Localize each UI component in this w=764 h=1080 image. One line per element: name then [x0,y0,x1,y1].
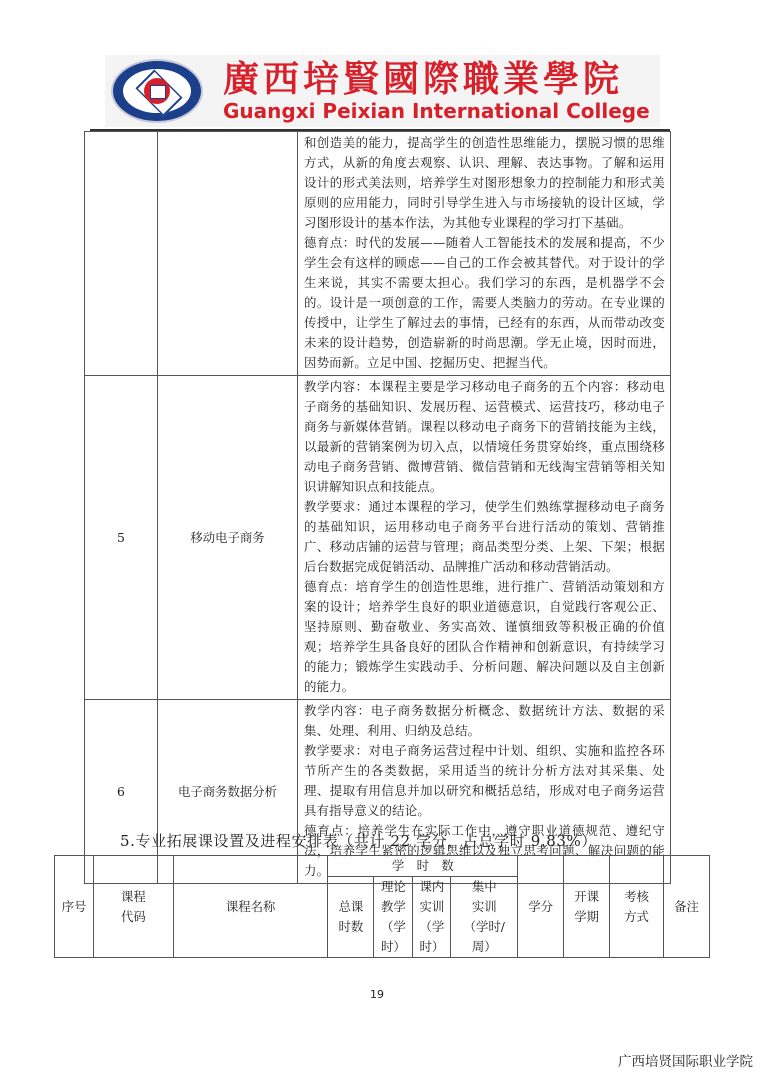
table-header-row: 序号 课程 代码 课程名称 学 时 数 学分 开课 学期 考核 方式 备注 [55,856,710,877]
header-line: 实训 [451,897,517,917]
header-line: 总课 [328,897,373,917]
header-intensive-training: 集中 实训 （学时/ 周） [451,877,518,958]
page-footer: 广西培贤国际职业学院 [618,1050,753,1070]
description-paragraph: 教学内容：电子商务数据分析概念、数据统计方法、数据的采集、处理、利用、归纳及总结… [304,701,665,741]
header-remark: 备注 [663,856,709,958]
header-seq: 序号 [55,856,94,958]
header-line: 教学 [374,897,412,917]
header-exam-line: 方式 [610,907,663,927]
header-line: （学 [413,917,450,937]
header-hours-group: 学 时 数 [328,856,518,877]
header-line: 理论 [374,877,412,897]
course-number: 5 [85,376,158,700]
header-exam-line: 考核 [610,887,663,907]
course-name: 移动电子商务 [158,376,298,700]
header-line: 集中 [451,877,517,897]
course-description: 和创造美的能力，提高学生的创造性思维能力，摆脱习惯的思维方式，从新的角度去观察、… [298,132,671,376]
header-line: 时） [374,937,412,957]
header-line: 实训 [413,897,450,917]
table-row: 5 移动电子商务 教学内容：本课程主要是学习移动电子商务的五个内容：移动电子商务… [85,376,671,700]
college-banner: 廣西培賢國際職業學院 Guangxi Peixian International… [105,55,660,127]
college-name-en: Guangxi Peixian International College [223,99,650,123]
description-paragraph: 教学内容：本课程主要是学习移动电子商务的五个内容：移动电子商务的基础知识、发展历… [304,377,665,497]
table-row: 和创造美的能力，提高学生的创造性思维能力，摆脱习惯的思维方式，从新的角度去观察、… [85,132,671,376]
header-line: 时） [413,937,450,957]
course-number [85,132,158,376]
header-exam: 考核 方式 [610,856,664,958]
header-line: 周） [451,937,517,957]
header-code-line: 代码 [94,907,173,927]
college-name-cn: 廣西培賢國際職業學院 [223,59,623,99]
header-term-line: 学期 [564,907,609,927]
course-description: 教学内容：本课程主要是学习移动电子商务的五个内容：移动电子商务的基础知识、发展历… [298,376,671,700]
header-line: （学时/ [451,917,517,937]
header-term: 开课 学期 [564,856,610,958]
header-line: 课内 [413,877,450,897]
header-line: 时数 [328,917,373,937]
schedule-table: 序号 课程 代码 课程名称 学 时 数 学分 开课 学期 考核 方式 备注 总课… [54,855,710,958]
description-paragraph: 教学要求：对电子商务运营过程中计划、组织、实施和监控各环节所产生的各类数据，采用… [304,741,665,821]
header-code: 课程 代码 [93,856,173,958]
header-credit: 学分 [518,856,564,958]
header-name: 课程名称 [173,856,328,958]
description-paragraph: 教学要求：通过本课程的学习，使学生们熟练掌握移动电子商务的基础知识，运用移动电子… [304,497,665,577]
description-paragraph: 德育点：时代的发展——随着人工智能技术的发展和提高，不少学生会有这样的顾虑——自… [304,233,665,373]
header-term-line: 开课 [564,887,609,907]
header-total-hours: 总课 时数 [328,877,374,958]
header-line: （学 [374,917,412,937]
header-inclass-training: 课内 实训 （学 时） [413,877,451,958]
page-number: 19 [370,988,384,1001]
header-code-line: 课程 [94,887,173,907]
course-description-table: 和创造美的能力，提高学生的创造性思维能力，摆脱习惯的思维方式，从新的角度去观察、… [84,131,671,884]
section-title: 5.专业拓展课设置及进程安排表（共计 22 学分，占总学时 9.83%） [120,830,597,851]
description-paragraph: 和创造美的能力，提高学生的创造性思维能力，摆脱习惯的思维方式，从新的角度去观察、… [304,133,665,233]
header-theory-hours: 理论 教学 （学 时） [374,877,413,958]
description-paragraph: 德育点：培育学生的创造性思维，进行推广、营销活动策划和方案的设计；培养学生良好的… [304,577,665,697]
college-emblem-icon [111,59,203,123]
course-name [158,132,298,376]
